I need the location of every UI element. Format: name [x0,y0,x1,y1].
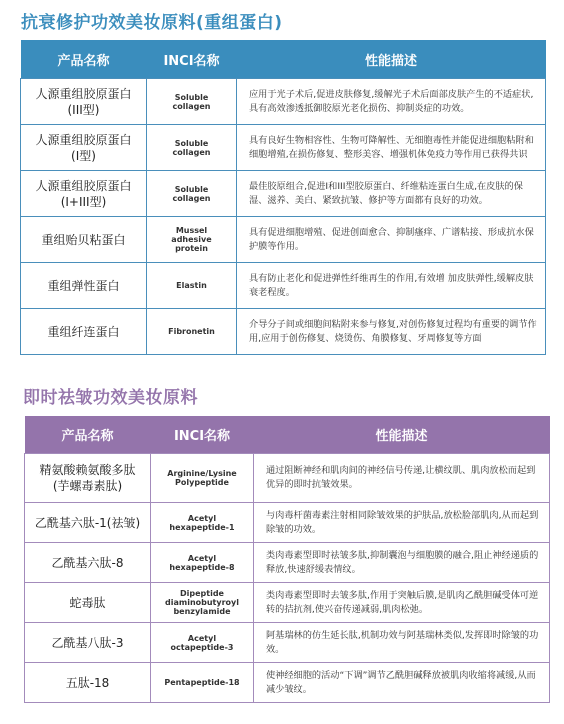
table-header-row: 产品名称 INCI名称 性能描述 [21,40,546,79]
description-cell: 具有良好生物相容性、生物可降解性、无细胞毒性并能促进细胞粘附和细胞增殖,在损伤修… [237,125,546,171]
inci-name-text: benzylamide [155,607,249,616]
table-row: 乙酰基六肽-8Acetylhexapeptide-8类肉毒素型即时祛皱多肽,抑制… [25,543,550,583]
inci-name-cell: Elastin [147,263,237,309]
inci-name-text: collagen [151,148,232,157]
table-header-row: 产品名称 INCI名称 性能描述 [25,416,550,454]
description-cell: 最佳胶原组合,促进I和III型胶原蛋白、纤维粘连蛋白生成,在皮肤的保湿、滋养、美… [237,171,546,217]
anti-aging-ingredients-table: 产品名称 INCI名称 性能描述 人源重组胶原蛋白(III型)Solubleco… [20,40,546,355]
inci-name-cell: Pentapeptide-18 [151,663,254,703]
table-row: 重组纤连蛋白Fibronetin介导分子间或细胞间粘附来参与修复,对创伤修复过程… [21,309,546,355]
inci-name-text: protein [151,244,232,253]
product-name-cell: 重组贻贝粘蛋白 [21,217,147,263]
inci-name-text: diaminobutyroyl [155,598,249,607]
description-cell: 使神经细胞的活动“下调”调节乙酰胆碱释放被肌肉收缩将减缓,从而减少皱纹。 [254,663,550,703]
product-name-text: 精氨酸赖氨酸多肽 [29,462,146,478]
inci-name-text: collagen [151,102,232,111]
product-name-text: (I+III型) [25,194,142,210]
column-header-product-name: 产品名称 [25,416,151,454]
description-cell: 通过阻断神经和肌肉间的神经信号传递,让横纹肌、肌肉放松而起到优异的即时抗皱效果。 [254,454,550,503]
inci-name-text: Soluble [151,139,232,148]
description-cell: 类肉毒素型即时去皱多肽,作用于突触后膜,是肌肉乙酰胆碱受体可逆转的拮抗剂,使兴奋… [254,583,550,623]
product-name-text: 人源重组胶原蛋白 [25,86,142,102]
section-title-anti-aging: 抗衰修护功效美妆原料(重组蛋白) [21,8,283,33]
instant-wrinkle-ingredients-table: 产品名称 INCI名称 性能描述 精氨酸赖氨酸多肽(芋螺毒素肽)Arginine… [24,416,550,703]
description-cell: 具有促进细胞增殖、促进创面愈合、抑制瘙痒、广谱粘接、形成抗水保护膜等作用。 [237,217,546,263]
inci-name-cell: Acetylhexapeptide-1 [151,503,254,543]
inci-name-cell: Musseladhesiveprotein [147,217,237,263]
product-name-text: (III型) [25,102,142,118]
product-name-text: 乙酰基六肽-1(祛皱) [29,515,146,531]
product-name-text: 人源重组胶原蛋白 [25,132,142,148]
description-cell: 介导分子间或细胞间粘附来参与修复,对创伤修复过程均有重要的调节作用,应用于创伤修… [237,309,546,355]
column-header-inci-name: INCI名称 [151,416,254,454]
product-name-text: (芋螺毒素肽) [29,478,146,494]
inci-name-text: Polypeptide [155,478,249,487]
inci-name-text: Mussel [151,226,232,235]
product-name-text: 五肽-18 [29,675,146,691]
product-name-cell: 重组弹性蛋白 [21,263,147,309]
inci-name-cell: Fibronetin [147,309,237,355]
column-header-product-name: 产品名称 [21,40,147,79]
product-name-cell: 人源重组胶原蛋白(III型) [21,79,147,125]
inci-name-text: Fibronetin [151,327,232,336]
description-cell: 应用于光子术后,促进皮肤修复,缓解光子术后面部皮肤产生的不适症状,具有高效渗透抵… [237,79,546,125]
table-row: 五肽-18Pentapeptide-18使神经细胞的活动“下调”调节乙酰胆碱释放… [25,663,550,703]
inci-name-cell: Solublecollagen [147,125,237,171]
table-row: 蛇毒肽Dipeptidediaminobutyroylbenzylamide类肉… [25,583,550,623]
description-cell: 与肉毒杆菌毒素注射相同除皱效果的护肤品,放松脸部肌肉,从而起到除皱的功效。 [254,503,550,543]
product-name-text: (I型) [25,148,142,164]
description-cell: 阿基瑞林的仿生延长肽,机制功效与阿基瑞林类似,发挥即时除皱的功效。 [254,623,550,663]
product-name-text: 乙酰基六肽-8 [29,555,146,571]
inci-name-text: Pentapeptide-18 [155,678,249,687]
inci-name-text: octapeptide-3 [155,643,249,652]
table-row: 乙酰基六肽-1(祛皱)Acetylhexapeptide-1与肉毒杆菌毒素注射相… [25,503,550,543]
product-name-text: 重组纤连蛋白 [25,324,142,340]
inci-name-text: Soluble [151,93,232,102]
table-row: 精氨酸赖氨酸多肽(芋螺毒素肽)Arginine/LysinePolypeptid… [25,454,550,503]
product-name-cell: 重组纤连蛋白 [21,309,147,355]
product-name-text: 人源重组胶原蛋白 [25,178,142,194]
inci-name-text: hexapeptide-8 [155,563,249,572]
inci-name-text: Acetyl [155,514,249,523]
product-name-cell: 乙酰基八肽-3 [25,623,151,663]
inci-name-cell: Solublecollagen [147,79,237,125]
inci-name-cell: Acetyloctapeptide-3 [151,623,254,663]
inci-name-text: adhesive [151,235,232,244]
inci-name-text: hexapeptide-1 [155,523,249,532]
description-cell: 类肉毒素型即时祛皱多肽,抑制囊泡与细胞膜的融合,阻止神经递质的释放,快速舒缓表情… [254,543,550,583]
table-row: 重组弹性蛋白Elastin具有防止老化和促进弹性纤维再生的作用,有效增 加皮肤弹… [21,263,546,309]
table-row: 人源重组胶原蛋白(III型)Solublecollagen应用于光子术后,促进皮… [21,79,546,125]
product-name-cell: 蛇毒肽 [25,583,151,623]
inci-name-text: Acetyl [155,554,249,563]
product-name-cell: 乙酰基六肽-1(祛皱) [25,503,151,543]
product-name-cell: 精氨酸赖氨酸多肽(芋螺毒素肽) [25,454,151,503]
inci-name-text: Dipeptide [155,589,249,598]
table-row: 乙酰基八肽-3Acetyloctapeptide-3阿基瑞林的仿生延长肽,机制功… [25,623,550,663]
column-header-description: 性能描述 [254,416,550,454]
product-name-text: 重组贻贝粘蛋白 [25,232,142,248]
inci-name-cell: Arginine/LysinePolypeptide [151,454,254,503]
section-title-instant-wrinkle: 即时祛皱功效美妆原料 [23,383,198,408]
inci-name-cell: Dipeptidediaminobutyroylbenzylamide [151,583,254,623]
table-row: 重组贻贝粘蛋白Musseladhesiveprotein具有促进细胞增殖、促进创… [21,217,546,263]
inci-name-text: Elastin [151,281,232,290]
inci-name-text: Soluble [151,185,232,194]
product-name-text: 重组弹性蛋白 [25,278,142,294]
description-cell: 具有防止老化和促进弹性纤维再生的作用,有效增 加皮肤弹性,缓解皮肤衰老程度。 [237,263,546,309]
product-name-cell: 五肽-18 [25,663,151,703]
product-name-cell: 乙酰基六肽-8 [25,543,151,583]
column-header-description: 性能描述 [237,40,546,79]
product-name-text: 蛇毒肽 [29,595,146,611]
table-row: 人源重组胶原蛋白(I+III型)Solublecollagen最佳胶原组合,促进… [21,171,546,217]
inci-name-text: collagen [151,194,232,203]
inci-name-cell: Acetylhexapeptide-8 [151,543,254,583]
inci-name-text: Arginine/Lysine [155,469,249,478]
product-name-text: 乙酰基八肽-3 [29,635,146,651]
product-name-cell: 人源重组胶原蛋白(I型) [21,125,147,171]
product-name-cell: 人源重组胶原蛋白(I+III型) [21,171,147,217]
inci-name-cell: Solublecollagen [147,171,237,217]
table-row: 人源重组胶原蛋白(I型)Solublecollagen具有良好生物相容性、生物可… [21,125,546,171]
column-header-inci-name: INCI名称 [147,40,237,79]
inci-name-text: Acetyl [155,634,249,643]
